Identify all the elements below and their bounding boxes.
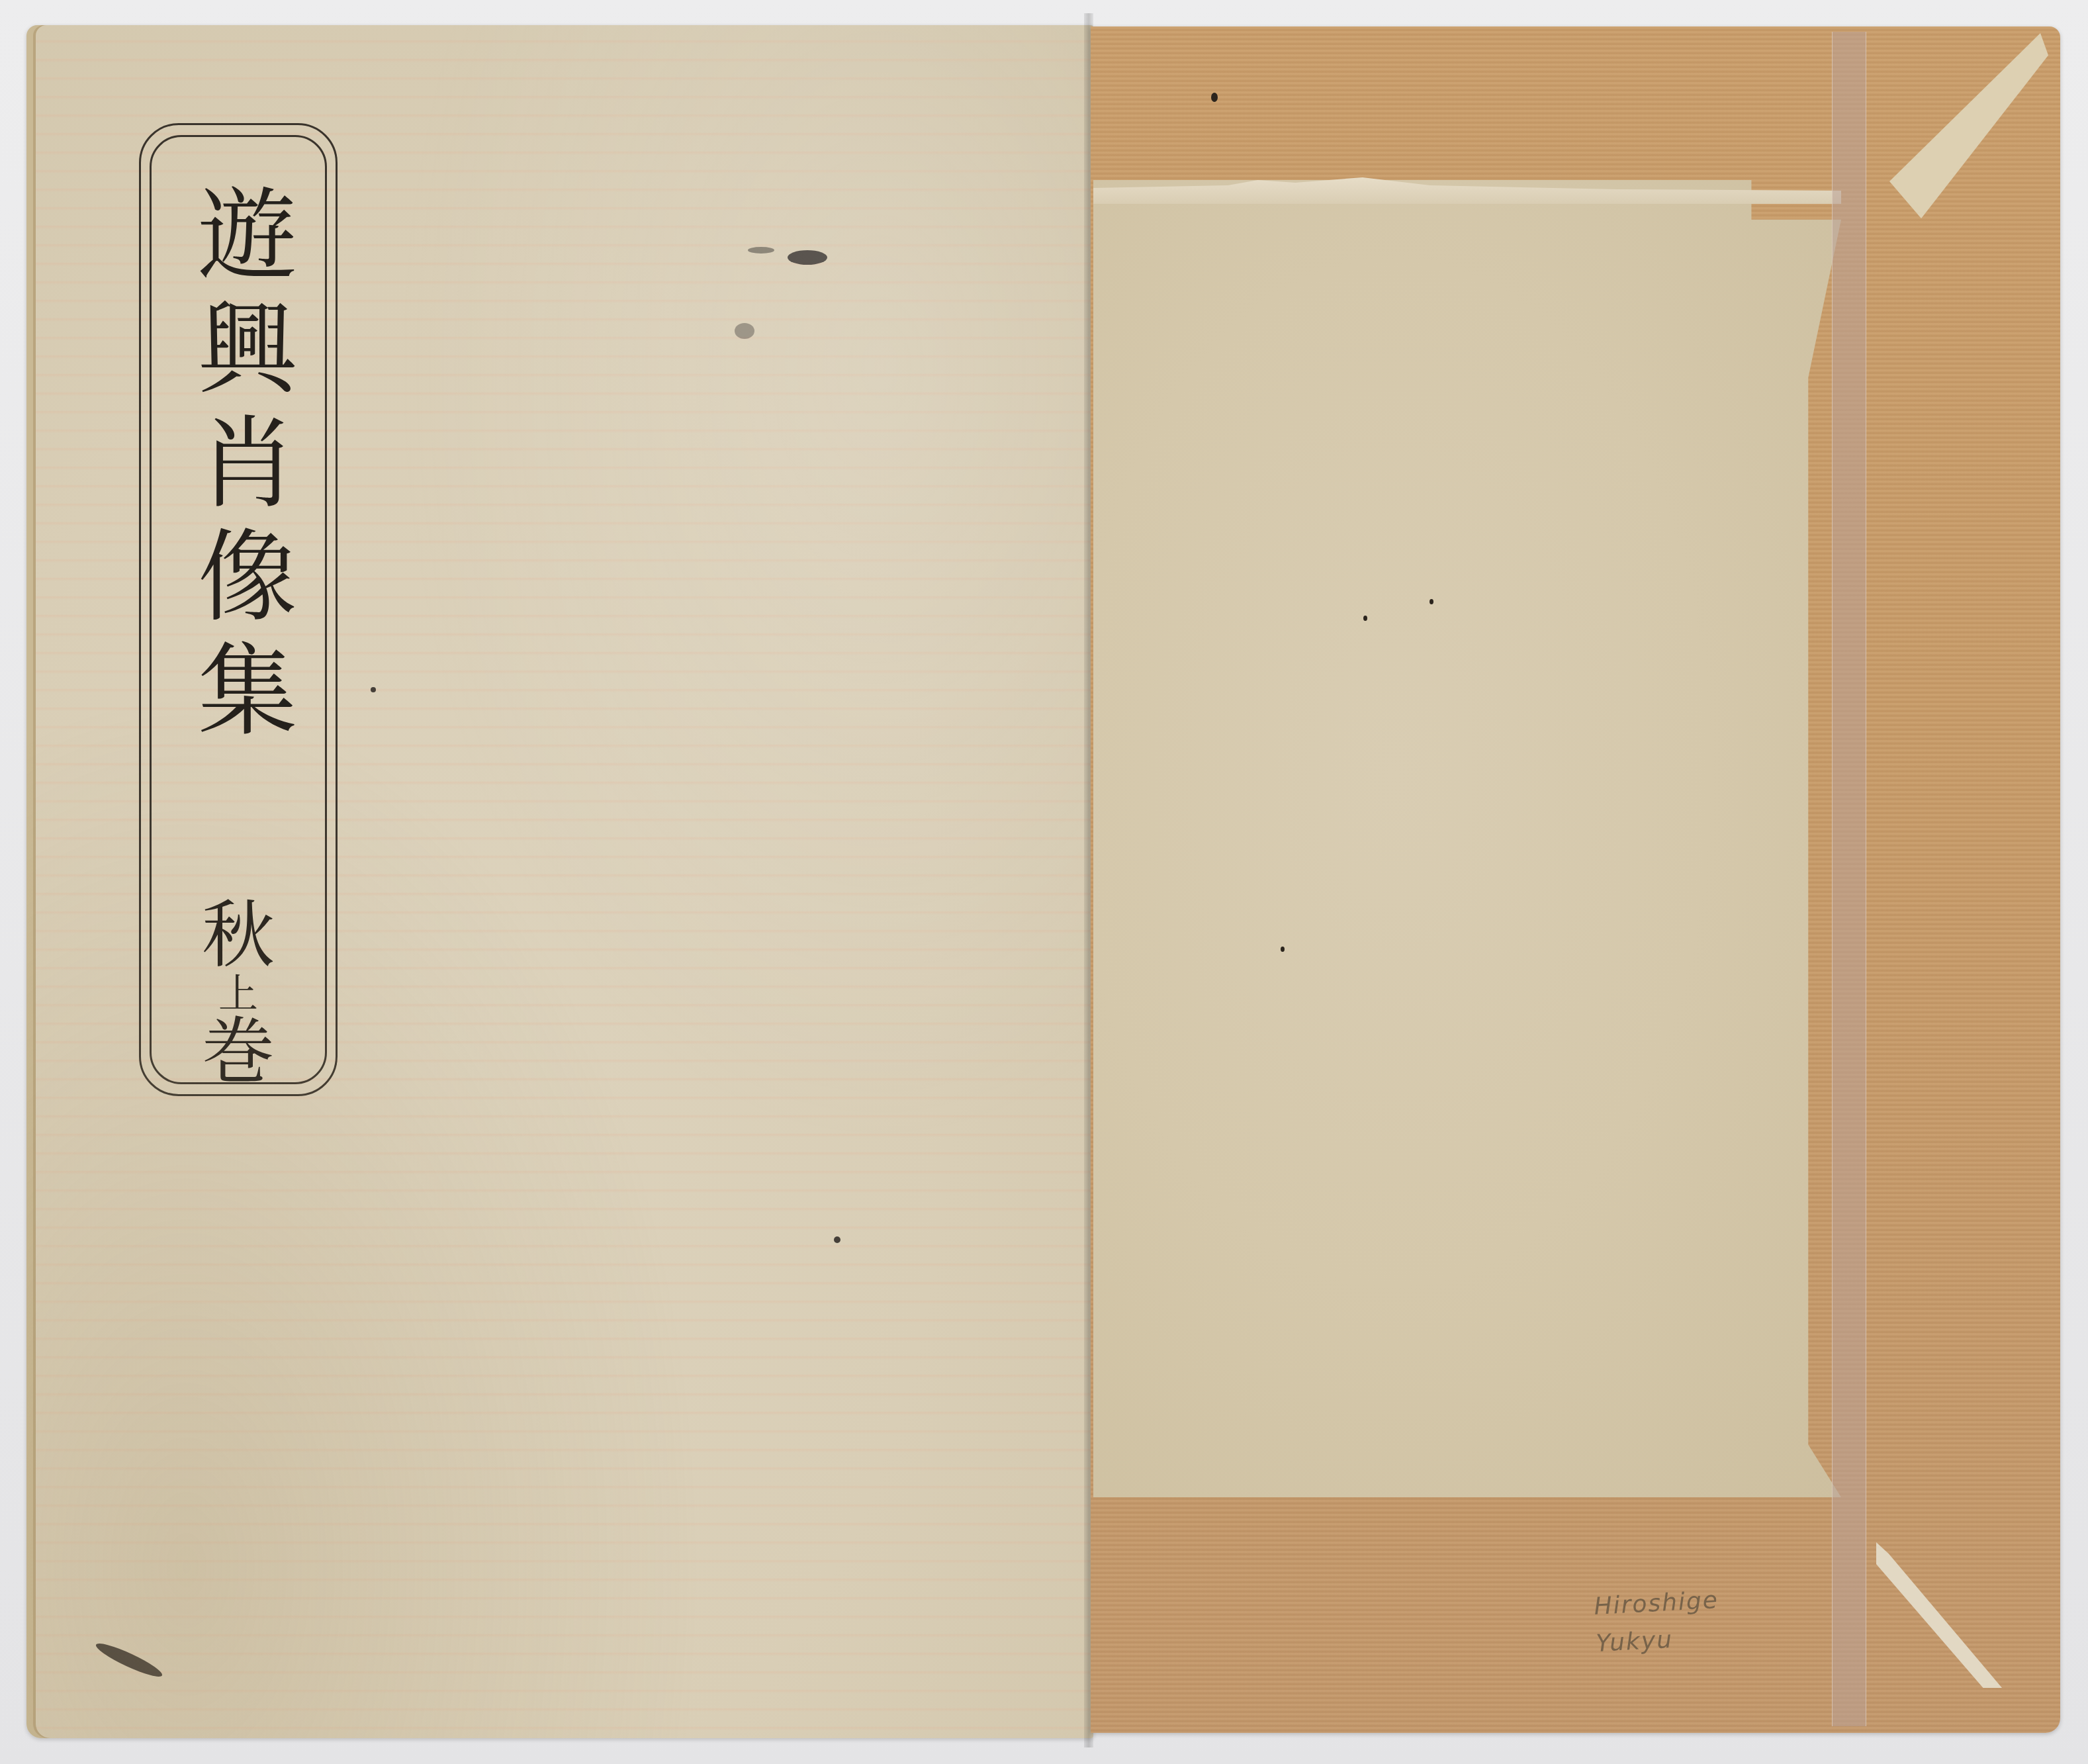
ink-stain (371, 687, 376, 692)
spot (1430, 599, 1433, 604)
pencil-annotation-line2: Yukyu (1595, 1619, 1721, 1663)
ink-stain (93, 1639, 165, 1682)
ink-stain (834, 1236, 840, 1243)
pencil-annotation-line1: Hiroshige (1593, 1582, 1719, 1626)
spot (1211, 93, 1218, 102)
book-title: 遊興肖像集 (189, 183, 288, 752)
spot (1281, 947, 1285, 952)
part-label: 上 (218, 974, 258, 1014)
tape-strip (1832, 32, 1866, 1726)
ink-stain (788, 250, 827, 265)
front-cover: 遊興肖像集 秋 上 巻 (26, 25, 1093, 1738)
spot (1363, 616, 1367, 621)
pencil-annotation: Hiroshige Yukyu (1593, 1582, 1721, 1663)
ink-stain (735, 323, 754, 339)
title-slip: 遊興肖像集 秋 上 巻 (139, 123, 338, 1096)
volume-label: 秋 上 巻 (202, 898, 275, 1090)
ink-stain (748, 247, 774, 254)
pasted-endpaper (1093, 180, 1841, 1497)
season-label: 秋 (202, 898, 275, 974)
volume-mark: 巻 (202, 1014, 275, 1091)
